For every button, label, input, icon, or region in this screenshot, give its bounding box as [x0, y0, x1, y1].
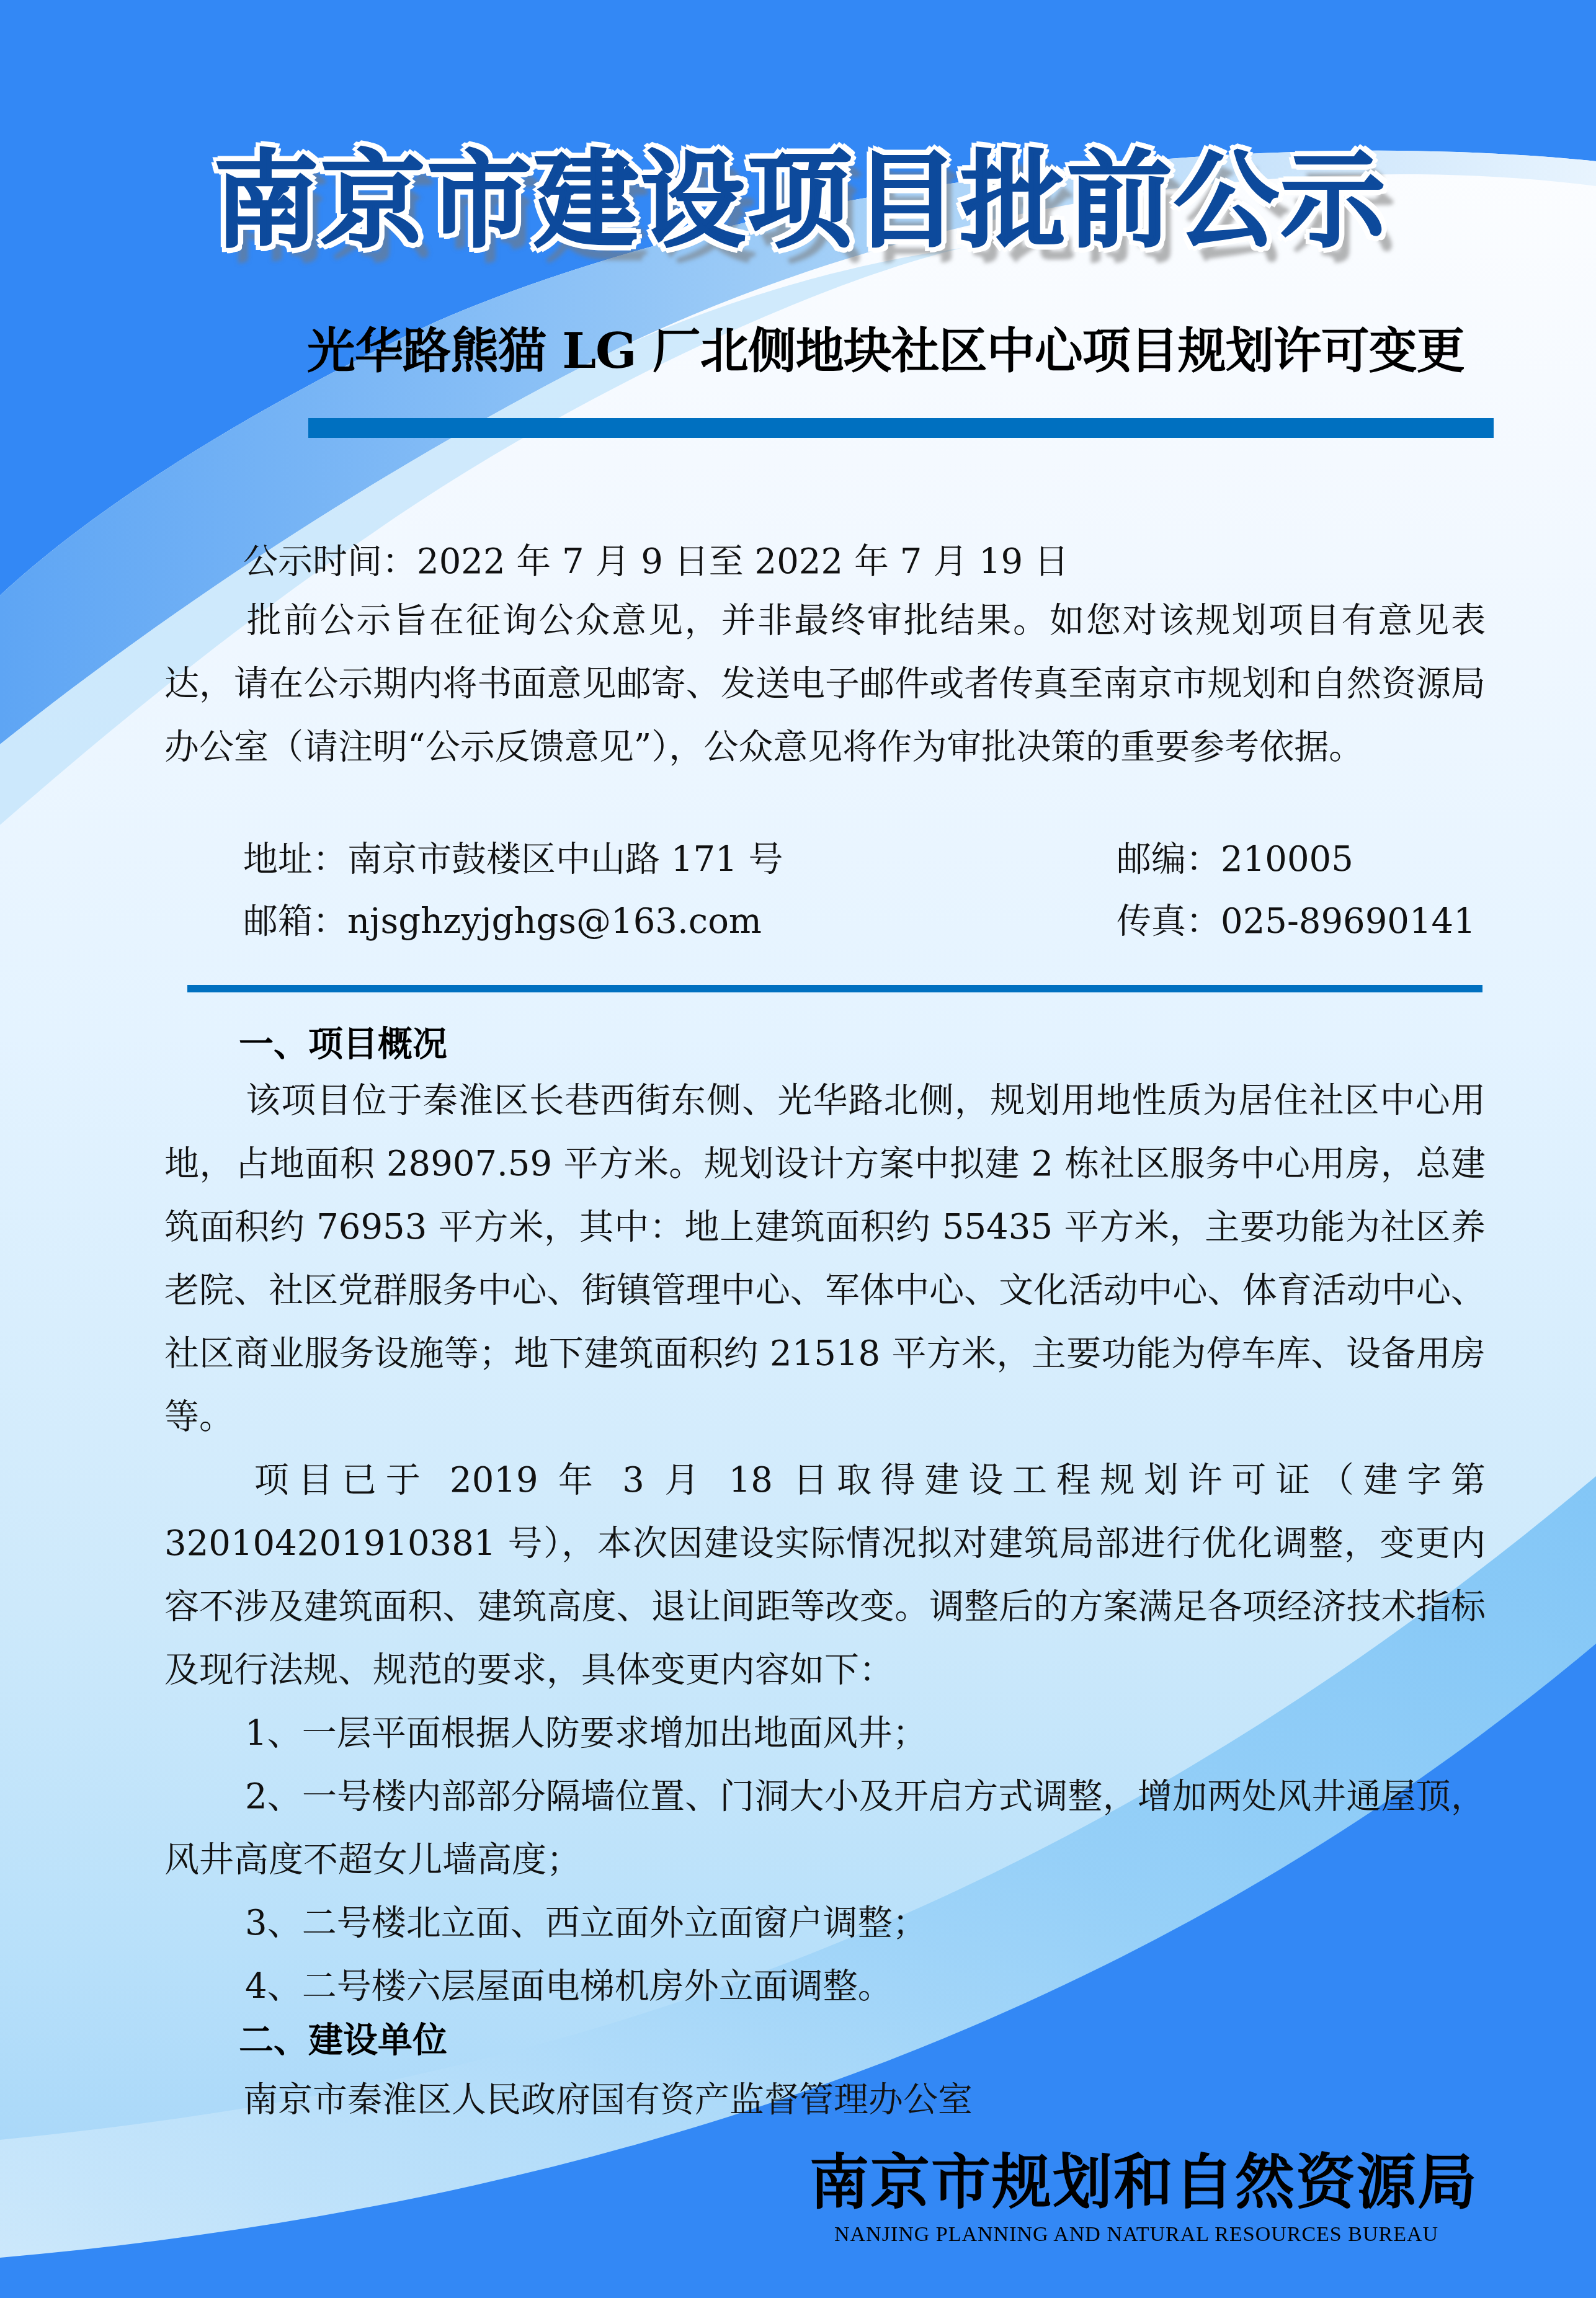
contact-fax: 传真：025-89690141	[1117, 904, 1476, 939]
section-heading-overview: 一、项目概况	[239, 1027, 447, 1062]
notice-period: 公示时间：2022 年 7 月 9 日至 2022 年 7 月 19 日	[243, 545, 1069, 579]
notice-intro-text: 批前公示旨在征询公众意见，并非最终审批结果。如您对该规划项目有意见表达，请在公示…	[164, 600, 1486, 767]
overview-paragraph-2-text: 项目已于 2019 年 3 月 18 日取得建设工程规划许可证（建字第 3201…	[164, 1460, 1486, 1690]
overview-paragraph-2: 项目已于 2019 年 3 月 18 日取得建设工程规划许可证（建字第 3201…	[164, 1449, 1486, 1702]
contact-email: 邮箱：njsghzyjghgs@163.com	[243, 904, 762, 939]
overview-paragraph-1: 该项目位于秦淮区长巷西街东侧、光华路北侧，规划用地性质为居住社区中心用地，占地面…	[164, 1069, 1486, 1449]
overview-paragraph-1-text: 该项目位于秦淮区长巷西街东侧、光华路北侧，规划用地性质为居住社区中心用地，占地面…	[164, 1080, 1486, 1437]
change-item-3-text: 3、二号楼北立面、西立面外立面窗户调整；	[245, 1903, 927, 1943]
change-item-2-text: 2、一号楼内部部分隔墙位置、门洞大小及开启方式调整，增加两处风井通屋顶，风井高度…	[164, 1776, 1486, 1880]
notice-page: 南京市建设项目批前公示 光华路熊猫 LG 厂北侧地块社区中心项目规划许可变更 公…	[0, 0, 1596, 2298]
change-item-4-text: 4、二号楼六层屋面电梯机房外立面调整。	[245, 1966, 893, 2006]
change-item-2: 2、一号楼内部部分隔墙位置、门洞大小及开启方式调整，增加两处风井通屋顶，风井高度…	[164, 1765, 1486, 1892]
bureau-name-english: NANJING PLANNING AND NATURAL RESOURCES B…	[834, 2224, 1438, 2245]
contact-postcode: 邮编：210005	[1117, 842, 1353, 877]
section-divider	[187, 985, 1482, 992]
title-underline-bar	[308, 418, 1494, 438]
change-item-3: 3、二号楼北立面、西立面外立面窗户调整；	[164, 1892, 1486, 1955]
main-title: 南京市建设项目批前公示	[214, 149, 1393, 253]
bureau-name-chinese: 南京市规划和自然资源局	[809, 2152, 1478, 2212]
change-item-1-text: 1、一层平面根据人防要求增加出地面风井；	[245, 1713, 927, 1753]
section-heading-developer: 二、建设单位	[239, 2023, 447, 2058]
notice-intro: 批前公示旨在征询公众意见，并非最终审批结果。如您对该规划项目有意见表达，请在公示…	[164, 589, 1486, 779]
contact-address: 地址：南京市鼓楼区中山路 171 号	[243, 842, 783, 877]
change-item-1: 1、一层平面根据人防要求增加出地面风井；	[164, 1702, 1486, 1765]
change-item-4: 4、二号楼六层屋面电梯机房外立面调整。	[164, 1955, 1486, 2018]
project-title: 光华路熊猫 LG 厂北侧地块社区中心项目规划许可变更	[307, 327, 1464, 376]
developer-name: 南京市秦淮区人民政府国有资产监督管理办公室	[243, 2083, 973, 2118]
